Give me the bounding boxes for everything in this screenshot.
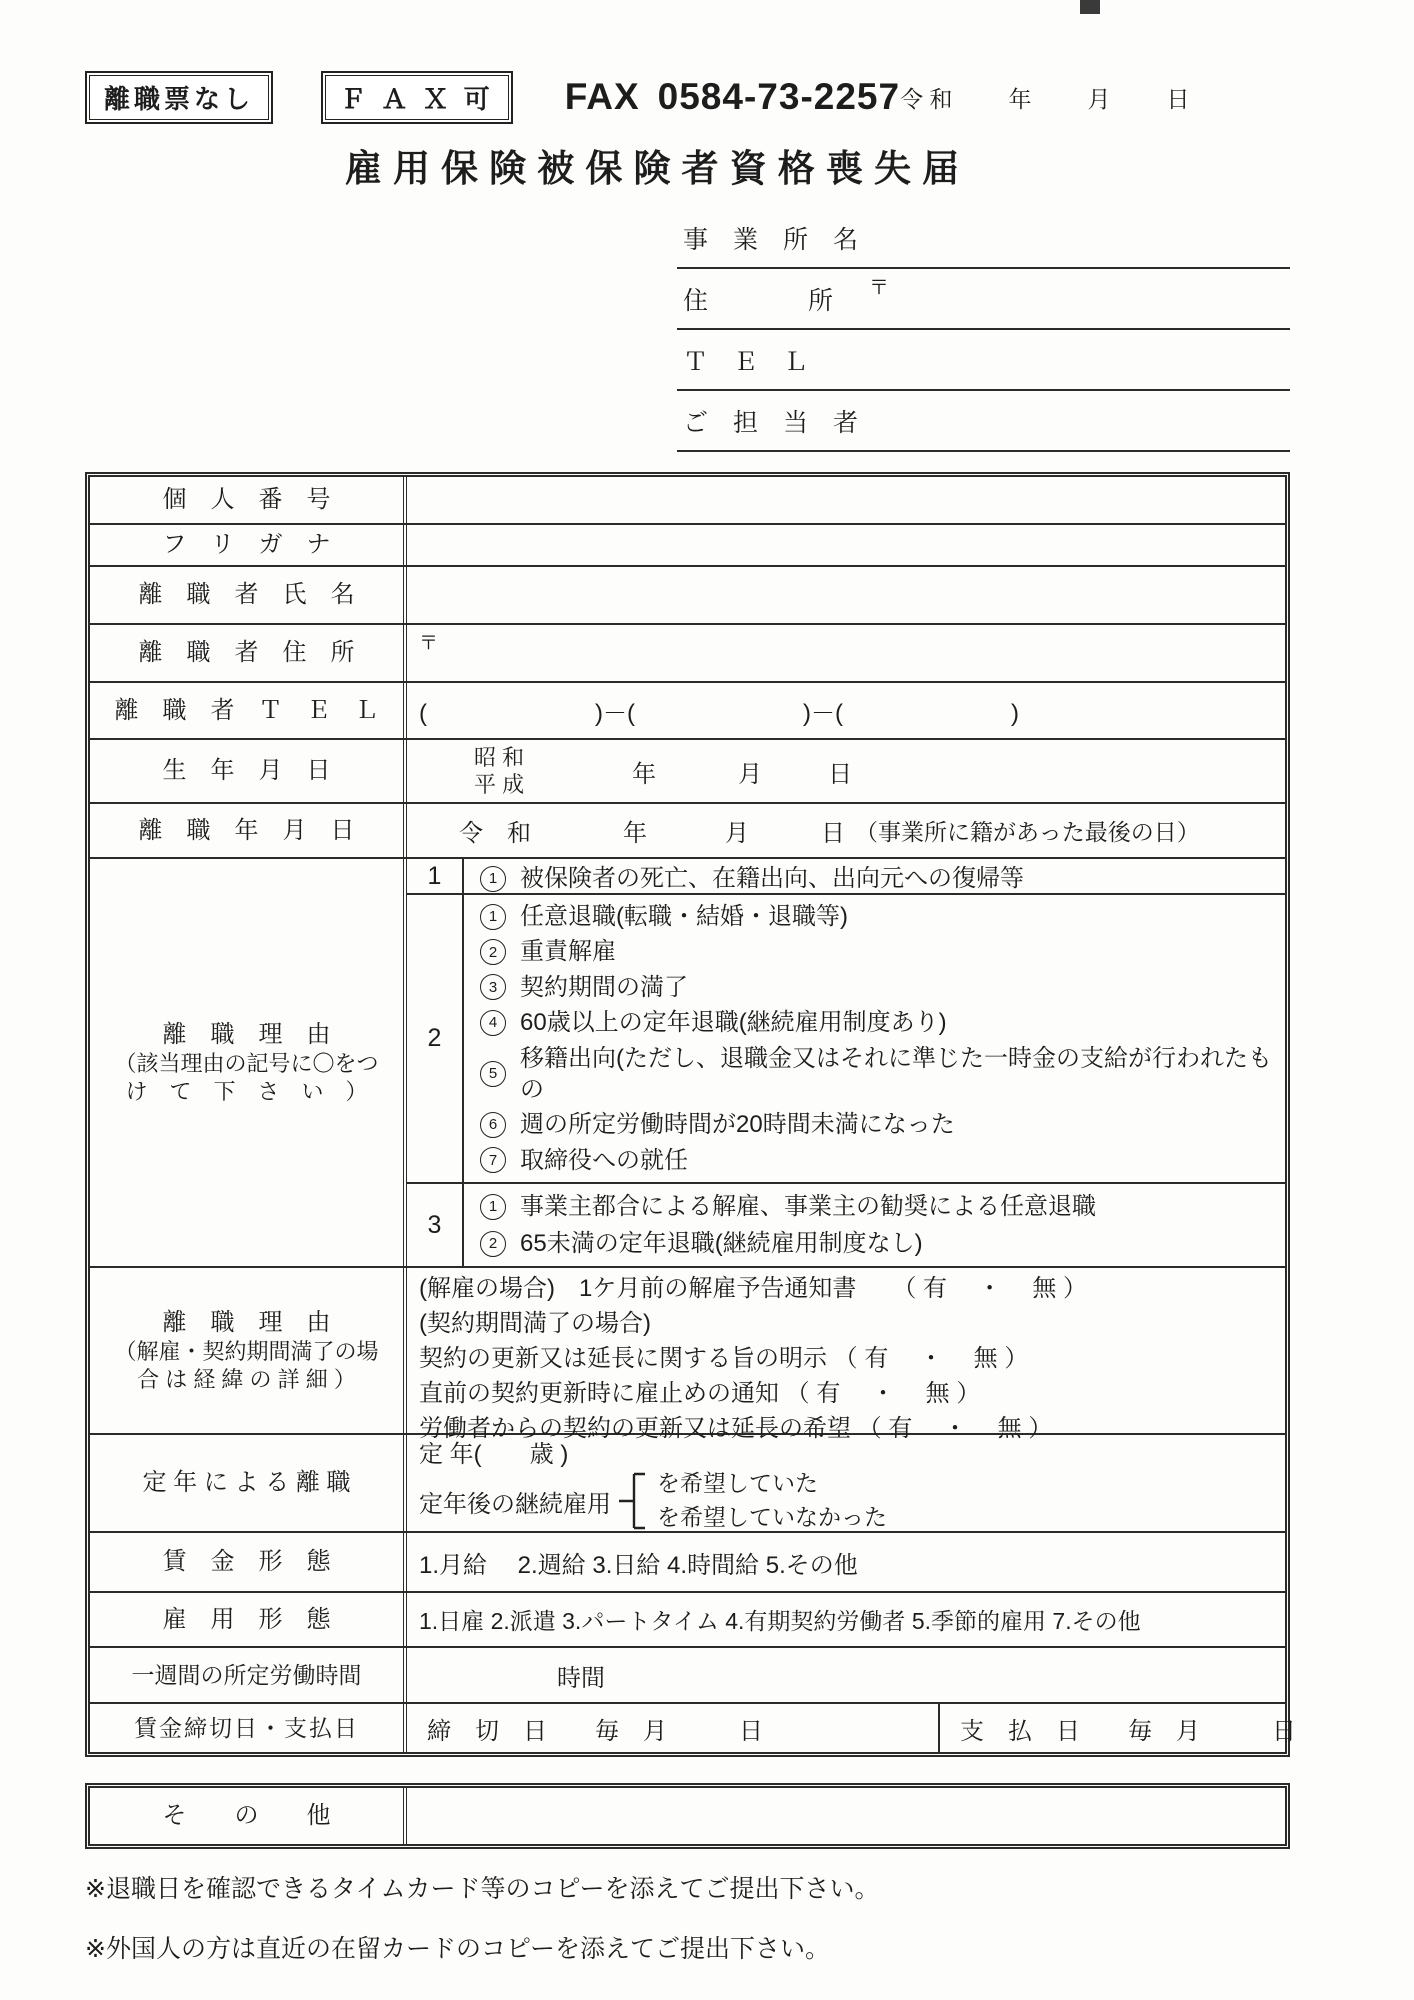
- date-month-unit: 月: [1087, 81, 1110, 114]
- reason-group-code: 3: [407, 1184, 464, 1266]
- reason-group-3: 31事業主都合による解雇、事業主の勧奨による任意退職265未満の定年退職(継続雇…: [407, 1184, 1285, 1266]
- company-header-block: 事 業 所 名 住 所 〒 Ｔ Ｅ Ｌ ご 担 当 者: [677, 208, 1290, 452]
- separation-reason-label-line1: 離 職 理 由: [163, 1020, 331, 1050]
- row-leaver-address: 離 職 者 住 所 〒: [90, 625, 1285, 683]
- circled-number-icon: 5: [480, 1061, 506, 1087]
- date-era: 令 和: [900, 81, 952, 114]
- leaver-address-label: 離 職 者 住 所: [90, 625, 407, 681]
- wage-payment-day-cell: 支 払 日 毎 月 日: [940, 1704, 1296, 1752]
- reason-detail-line: (解雇の場合) 1ケ月前の解雇予告通知書 （ 有 ・ 無 ）: [419, 1268, 1285, 1303]
- reason-item: 2重責解雇: [480, 936, 1285, 967]
- row-birth-date: 生 年 月 日 昭 和 平 成 年 月 日: [90, 740, 1285, 804]
- company-tel-row: Ｔ Ｅ Ｌ: [677, 330, 1290, 391]
- year-unit: 年: [632, 754, 656, 789]
- row-leaver-tel: 離 職 者 Ｔ Ｅ Ｌ ( )－( )－( ): [90, 683, 1285, 740]
- leaver-name-label: 離 職 者 氏 名: [90, 567, 407, 623]
- postal-mark: 〒: [869, 271, 889, 300]
- stamp-no-rishokuhyo: 離職票なし: [85, 71, 273, 124]
- row-separation-date: 離 職 年 月 日 令 和 年 月 日 （事業所に籍があった最後の日）: [90, 804, 1285, 859]
- reason-item-text: 事業主都合による解雇、事業主の勧奨による任意退職: [520, 1191, 1096, 1222]
- footnote-line: ※退職日を確認できるタイムカード等のコピーを添えてご提出下さい。: [85, 1869, 1290, 1905]
- weekly-working-hours-label: 一週間の所定労働時間: [90, 1648, 407, 1702]
- stamp-no-rishokuhyo-label: 離職票なし: [89, 75, 269, 120]
- reason-item-text: 60歳以上の定年退職(継続雇用制度あり): [520, 1007, 947, 1038]
- top-bar: 離職票なし Ｆ Ａ Ｘ 可 FAX 0584-73-2257 令 和 年 月 日: [85, 72, 1290, 122]
- stamp-fax-ok-label: Ｆ Ａ Ｘ 可: [325, 75, 509, 120]
- era-options: 昭 和 平 成: [474, 744, 524, 799]
- reason-item-list: 1事業主都合による解雇、事業主の勧奨による任意退職265未満の定年退職(継続雇用…: [464, 1184, 1285, 1266]
- form-title: 雇用保険被保険者資格喪失届: [85, 138, 1230, 192]
- company-address-row: 住 所 〒: [677, 269, 1290, 330]
- reason-item: 1任意退職(転職・結婚・退職等): [480, 901, 1285, 932]
- fax-label: FAX: [565, 76, 640, 118]
- other-box: そ の 他: [85, 1783, 1290, 1849]
- main-form-table: 個 人 番 号 フ リ ガ ナ 離 職 者 氏 名 離 職 者 住 所 〒 離 …: [85, 472, 1290, 1757]
- company-address-label: 住 所: [683, 281, 833, 317]
- reason-item: 1事業主都合による解雇、事業主の勧奨による任意退職: [480, 1191, 1285, 1222]
- separation-date-note: （事業所に籍があった最後の日）: [855, 814, 1200, 847]
- circled-number-icon: 2: [480, 1231, 506, 1257]
- day-unit: 日: [821, 813, 845, 848]
- reason-detail-label: 離 職 理 由 （解雇・契約期間満了の場 合 は 経 緯 の 詳 細 ）: [90, 1268, 407, 1433]
- reason-detail-label-line3: 合 は 経 緯 の 詳 細 ）: [137, 1366, 356, 1394]
- personal-number-value: [407, 477, 1285, 523]
- reason-group-code: 2: [407, 895, 464, 1182]
- circled-number-icon: 1: [480, 1194, 506, 1220]
- stamp-fax-ok: Ｆ Ａ Ｘ 可: [321, 71, 513, 124]
- reason-group-2: 21任意退職(転職・結婚・退職等)2重責解雇3契約期間の満了460歳以上の定年退…: [407, 895, 1285, 1184]
- birth-date-label: 生 年 月 日: [90, 740, 407, 802]
- row-mandatory-retirement: 定 年 に よ る 離 職 定 年( 歳 ) 定年後の継続雇用 を希望していたを…: [90, 1435, 1285, 1533]
- other-value: [407, 1788, 1285, 1844]
- reason-item-list: 1被保険者の死亡、在籍出向、出向元への復帰等: [464, 859, 1285, 893]
- footnotes: ※退職日を確認できるタイムカード等のコピーを添えてご提出下さい。※外国人の方は直…: [85, 1869, 1290, 1965]
- leaver-address-value: 〒: [407, 625, 1285, 681]
- other-label: そ の 他: [90, 1788, 407, 1844]
- reason-group-1: 11被保険者の死亡、在籍出向、出向元への復帰等: [407, 859, 1285, 895]
- row-separation-reason: 離 職 理 由 （該当理由の記号に〇をつ け て 下 さ い ） 11被保険者の…: [90, 859, 1285, 1268]
- reason-detail-value: (解雇の場合) 1ケ月前の解雇予告通知書 （ 有 ・ 無 ）(契約期間満了の場合…: [407, 1268, 1285, 1433]
- separation-reason-label-line2: （該当理由の記号に〇をつ: [114, 1050, 378, 1078]
- reason-item-text: 被保険者の死亡、在籍出向、出向元への復帰等: [520, 863, 1024, 894]
- wage-type-label: 賃 金 形 態: [90, 1533, 407, 1591]
- row-furigana: フ リ ガ ナ: [90, 525, 1285, 567]
- row-leaver-name: 離 職 者 氏 名: [90, 567, 1285, 625]
- row-employment-type: 雇 用 形 態 1.日雇 2.派遣 3.パートタイム 4.有期契約労働者 5.季…: [90, 1593, 1285, 1648]
- reason-item-text: 契約期間の満了: [520, 972, 688, 1003]
- employment-type-value: 1.日雇 2.派遣 3.パートタイム 4.有期契約労働者 5.季節的雇用 7.そ…: [407, 1593, 1285, 1646]
- circled-number-icon: 4: [480, 1010, 506, 1036]
- personal-number-label: 個 人 番 号: [90, 477, 407, 523]
- reason-detail-lines: (解雇の場合) 1ケ月前の解雇予告通知書 （ 有 ・ 無 ）(契約期間満了の場合…: [419, 1264, 1285, 1437]
- year-unit: 年: [623, 813, 647, 848]
- postal-mark: 〒: [419, 625, 438, 655]
- date-day-unit: 日: [1166, 81, 1189, 114]
- mandatory-retirement-label: 定 年 に よ る 離 職: [90, 1435, 407, 1531]
- reason-detail-line: (契約期間満了の場合): [419, 1303, 1285, 1338]
- circled-number-icon: 6: [480, 1112, 506, 1138]
- reason-detail-label-line1: 離 職 理 由: [163, 1308, 331, 1338]
- wage-type-value: 1.月給 2.週給 3.日給 4.時間給 5.その他: [407, 1533, 1285, 1591]
- continued-employment-label: 定年後の継続雇用: [419, 1484, 611, 1519]
- company-name-label: 事 業 所 名: [683, 220, 858, 256]
- wage-closing-payment-label: 賃金締切日・支払日: [90, 1704, 407, 1752]
- reason-item-text: 重責解雇: [520, 936, 616, 967]
- reason-item-list: 1任意退職(転職・結婚・退職等)2重責解雇3契約期間の満了460歳以上の定年退職…: [464, 895, 1285, 1182]
- wage-closing-day-cell: 締 切 日 毎 月 日: [407, 1704, 940, 1752]
- weekly-working-hours-value: 時間: [407, 1648, 1285, 1702]
- separation-reason-label-line3: け て 下 さ い ）: [125, 1078, 367, 1106]
- retirement-age-line: 定 年( 歳 ): [419, 1434, 1285, 1469]
- separation-date-label: 離 職 年 月 日: [90, 804, 407, 857]
- brace-icon: [619, 1469, 649, 1533]
- row-wage-type: 賃 金 形 態 1.月給 2.週給 3.日給 4.時間給 5.その他: [90, 1533, 1285, 1593]
- month-unit: 月: [725, 813, 749, 848]
- reason-detail-label-line2: （解雇・契約期間満了の場: [114, 1338, 378, 1366]
- date-year-unit: 年: [1008, 81, 1031, 114]
- reason-item-text: 移籍出向(ただし、退職金又はそれに準じた一時金の支給が行われたもの: [520, 1043, 1285, 1105]
- row-reason-detail: 離 職 理 由 （解雇・契約期間満了の場 合 は 経 緯 の 詳 細 ） (解雇…: [90, 1268, 1285, 1435]
- row-personal-number: 個 人 番 号: [90, 477, 1285, 525]
- row-weekly-working-hours: 一週間の所定労働時間 時間: [90, 1648, 1285, 1704]
- leaver-tel-value: ( )－( )－( ): [407, 683, 1285, 738]
- month-unit: 月: [738, 754, 762, 789]
- issue-date-line: 令 和 年 月 日: [900, 81, 1189, 114]
- reason-item: 7取締役への就任: [480, 1145, 1285, 1176]
- era-showa: 昭 和: [474, 744, 524, 772]
- reason-group-code: 1: [407, 859, 464, 893]
- era-heisei: 平 成: [474, 771, 524, 799]
- circled-number-icon: 3: [480, 974, 506, 1000]
- circled-number-icon: 1: [480, 904, 506, 930]
- era-reiwa: 令 和: [459, 813, 531, 848]
- furigana-label: フ リ ガ ナ: [90, 525, 407, 565]
- leaver-name-value: [407, 567, 1285, 623]
- reason-item: 6週の所定労働時間が20時間未満になった: [480, 1109, 1285, 1140]
- furigana-value: [407, 525, 1285, 565]
- row-wage-closing-payment: 賃金締切日・支払日 締 切 日 毎 月 日 支 払 日 毎 月 日: [90, 1704, 1285, 1752]
- reason-detail-line: 契約の更新又は延長に関する旨の明示 （ 有 ・ 無 ）: [419, 1338, 1285, 1373]
- reason-item-text: 65未満の定年退職(継続雇用制度なし): [520, 1228, 923, 1259]
- reason-item-text: 取締役への就任: [520, 1145, 688, 1176]
- circled-number-icon: 2: [480, 939, 506, 965]
- scanned-form-page: 離職票なし Ｆ Ａ Ｘ 可 FAX 0584-73-2257 令 和 年 月 日…: [0, 0, 1414, 2000]
- reason-item: 1被保険者の死亡、在籍出向、出向元への復帰等: [480, 863, 1285, 894]
- company-tel-label: Ｔ Ｅ Ｌ: [683, 342, 808, 378]
- continued-employment-option: を希望していなかった: [657, 1504, 887, 1532]
- company-name-row: 事 業 所 名: [677, 208, 1290, 269]
- circled-number-icon: 1: [480, 866, 506, 892]
- reason-item-text: 任意退職(転職・結婚・退職等): [520, 901, 848, 932]
- footnote-line: ※外国人の方は直近の在留カードのコピーを添えてご提出下さい。: [85, 1929, 1290, 1965]
- continued-employment-option: を希望していた: [657, 1470, 887, 1498]
- reason-item: 265未満の定年退職(継続雇用制度なし): [480, 1228, 1285, 1259]
- circled-number-icon: 7: [480, 1147, 506, 1173]
- scan-artifact: [1080, 0, 1100, 14]
- company-contact-row: ご 担 当 者: [677, 391, 1290, 452]
- continued-employment-options: を希望していたを希望していなかった: [657, 1470, 887, 1531]
- leaver-tel-label: 離 職 者 Ｔ Ｅ Ｌ: [90, 683, 407, 738]
- reason-item-text: 週の所定労働時間が20時間未満になった: [520, 1109, 955, 1140]
- mandatory-retirement-value: 定 年( 歳 ) 定年後の継続雇用 を希望していたを希望していなかった: [407, 1435, 1285, 1531]
- fax-number-line: FAX 0584-73-2257: [565, 76, 900, 118]
- continued-employment-line: 定年後の継続雇用 を希望していたを希望していなかった: [419, 1469, 1285, 1533]
- day-unit: 日: [828, 754, 852, 789]
- reason-detail-line: 直前の契約更新時に雇止めの通知 （ 有 ・ 無 ）: [419, 1373, 1285, 1408]
- birth-date-value: 昭 和 平 成 年 月 日: [407, 740, 1285, 802]
- reason-item: 3契約期間の満了: [480, 972, 1285, 1003]
- employment-type-label: 雇 用 形 態: [90, 1593, 407, 1646]
- separation-date-value: 令 和 年 月 日 （事業所に籍があった最後の日）: [407, 804, 1285, 857]
- reason-item: 460歳以上の定年退職(継続雇用制度あり): [480, 1007, 1285, 1038]
- reason-item: 5移籍出向(ただし、退職金又はそれに準じた一時金の支給が行われたもの: [480, 1043, 1285, 1105]
- reason-groups: 11被保険者の死亡、在籍出向、出向元への復帰等21任意退職(転職・結婚・退職等)…: [407, 859, 1285, 1266]
- company-contact-label: ご 担 当 者: [683, 403, 858, 439]
- fax-number: 0584-73-2257: [658, 76, 900, 118]
- separation-reason-label: 離 職 理 由 （該当理由の記号に〇をつ け て 下 さ い ）: [90, 859, 407, 1266]
